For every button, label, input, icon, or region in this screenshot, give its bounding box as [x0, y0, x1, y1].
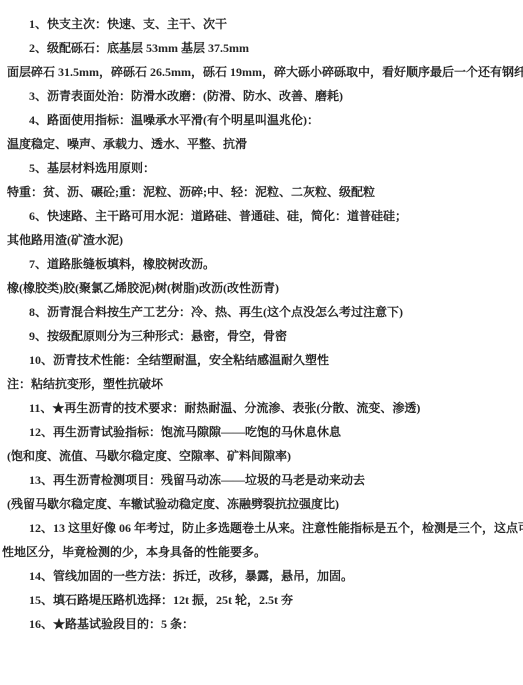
document-line: 2、级配砾石：底基层 53mm 基层 37.5mm: [0, 36, 523, 60]
document-line: 12、再生沥青试验指标：饱流马隙隙——吃饱的马休息休息: [0, 420, 523, 444]
document-line: 7、道路胀缝板填料，橡胶树改沥。: [0, 252, 523, 276]
document-line: 10、沥青技术性能：全结塑耐温，安全粘结感温耐久塑性: [0, 348, 523, 372]
document-line: 注：粘结抗变形，塑性抗破坏: [0, 372, 523, 396]
document-line: 14、管线加固的一些方法：拆迁，改移，暴露，悬吊，加固。: [0, 564, 523, 588]
document-page: 1、快支主次：快速、支、主干、次干2、级配砾石：底基层 53mm 基层 37.5…: [0, 0, 523, 685]
document-line: (残留马歇尔稳定度、车辙试验动稳定度、冻融劈裂抗拉强度比): [0, 492, 523, 516]
document-line: 9、按级配原则分为三种形式：悬密，骨空，骨密: [0, 324, 523, 348]
document-line: 4、路面使用指标：温噪承水平滑(有个明星叫温兆伦)：: [0, 108, 523, 132]
document-line: 温度稳定、噪声、承载力、透水、平整、抗滑: [0, 132, 523, 156]
document-line: 5、基层材料选用原则：: [0, 156, 523, 180]
document-line: 面层碎石 31.5mm，碎砾石 26.5mm，砾石 19mm，碎大砾小碎砾取中，…: [0, 60, 523, 84]
document-line: 性地区分，毕竟检测的少，本身具备的性能要多。: [0, 540, 523, 564]
document-line: 16、★路基试验段目的：5 条：: [0, 612, 523, 636]
document-line: 12、13 这里好像 06 年考过，防止多选题卷土从来。注意性能指标是五个，检测…: [0, 516, 523, 540]
document-line: 6、快速路、主干路可用水泥：道路硅、普通硅、硅，简化：道普硅硅；: [0, 204, 523, 228]
document-line: 橡(橡胶类)胶(聚氯乙烯胶泥)树(树脂)改沥(改性沥青): [0, 276, 523, 300]
document-line: (饱和度、流值、马歇尔稳定度、空隙率、矿料间隙率): [0, 444, 523, 468]
document-line: 11、★再生沥青的技术要求：耐热耐温、分流渗、表张(分散、流变、渗透): [0, 396, 523, 420]
document-body: 1、快支主次：快速、支、主干、次干2、级配砾石：底基层 53mm 基层 37.5…: [0, 12, 523, 636]
document-line: 其他路用渣(矿渣水泥): [0, 228, 523, 252]
document-line: 1、快支主次：快速、支、主干、次干: [0, 12, 523, 36]
document-line: 特重：贫、沥、碾砼;重：泥粒、沥碎;中、轻：泥粒、二灰粒、级配粒: [0, 180, 523, 204]
document-line: 15、填石路堤压路机选择：12t 振，25t 轮，2.5t 夯: [0, 588, 523, 612]
document-line: 13、再生沥青检测项目：残留马动冻——垃圾的马老是动来动去: [0, 468, 523, 492]
document-line: 8、沥青混合料按生产工艺分：冷、热、再生(这个点没怎么考过注意下): [0, 300, 523, 324]
document-line: 3、沥青表面处治：防滑水改磨：(防滑、防水、改善、磨耗): [0, 84, 523, 108]
